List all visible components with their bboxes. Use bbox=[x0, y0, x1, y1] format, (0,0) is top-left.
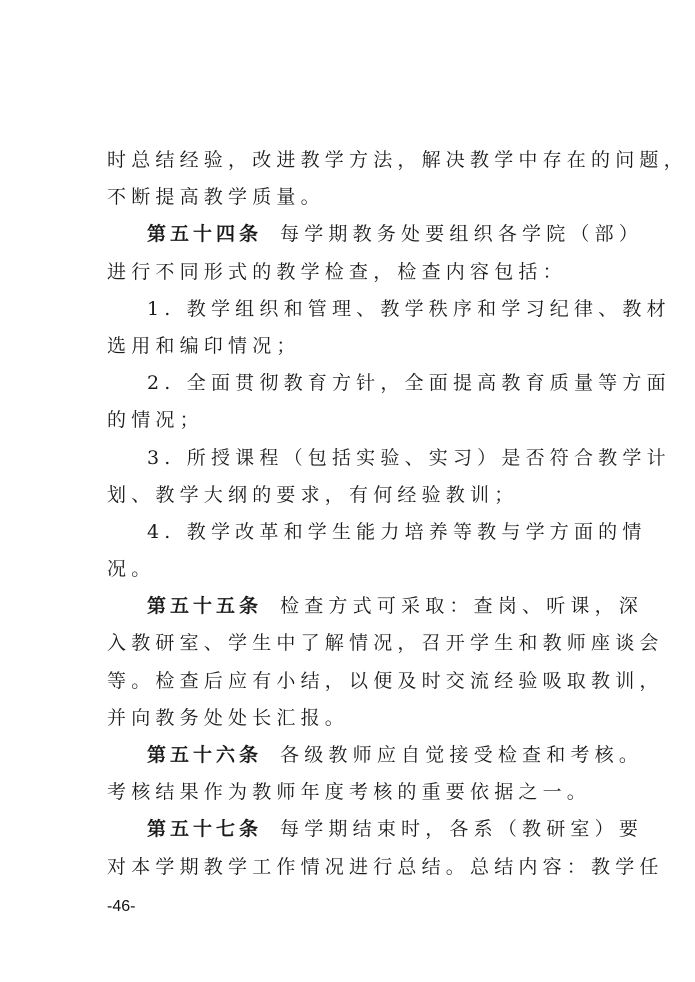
article-heading: 第五十六条 bbox=[147, 744, 262, 766]
list-item-3: 3. 所授课程（包括实验、实习）是否符合教学计 bbox=[107, 440, 595, 477]
article-54: 第五十四条每学期教务处要组织各学院（部） bbox=[107, 216, 595, 253]
article-heading: 第五十七条 bbox=[147, 818, 262, 840]
text-line: 的情况； bbox=[107, 402, 595, 439]
document-page: 时总结经验，改进教学方法，解决教学中存在的问题， 不断提高教学质量。 第五十四条… bbox=[107, 142, 595, 886]
article-57: 第五十七条每学期结束时，各系（教研室）要 bbox=[107, 811, 595, 848]
text-line: 时总结经验，改进教学方法，解决教学中存在的问题， bbox=[107, 142, 595, 179]
article-text: 每学期教务处要组织各学院（部） bbox=[280, 223, 643, 245]
text-line: 划、教学大纲的要求，有何经验教训； bbox=[107, 477, 595, 514]
article-text: 每学期结束时，各系（教研室）要 bbox=[280, 818, 643, 840]
article-55: 第五十五条检查方式可采取：查岗、听课，深 bbox=[107, 588, 595, 625]
list-item-1: 1. 教学组织和管理、教学秩序和学习纪律、教材 bbox=[107, 291, 595, 328]
text-line: 并向教务处处长汇报。 bbox=[107, 700, 595, 737]
text-line: 不断提高教学质量。 bbox=[107, 179, 595, 216]
article-heading: 第五十五条 bbox=[147, 595, 262, 617]
article-text: 检查方式可采取：查岗、听课，深 bbox=[280, 595, 643, 617]
text-line: 入教研室、学生中了解情况，召开学生和教师座谈会 bbox=[107, 625, 595, 662]
page-number: -46- bbox=[107, 898, 135, 916]
text-line: 况。 bbox=[107, 551, 595, 588]
article-56: 第五十六条各级教师应自觉接受检查和考核。 bbox=[107, 737, 595, 774]
list-item-2: 2. 全面贯彻教育方针，全面提高教育质量等方面 bbox=[107, 365, 595, 402]
text-line: 考核结果作为教师年度考核的重要依据之一。 bbox=[107, 774, 595, 811]
article-text: 各级教师应自觉接受检查和考核。 bbox=[280, 744, 643, 766]
list-item-4: 4. 教学改革和学生能力培养等教与学方面的情 bbox=[107, 514, 595, 551]
text-line: 进行不同形式的教学检查，检查内容包括： bbox=[107, 254, 595, 291]
text-line: 选用和编印情况； bbox=[107, 328, 595, 365]
text-line: 等。检查后应有小结，以便及时交流经验吸取教训， bbox=[107, 663, 595, 700]
text-line: 对本学期教学工作情况进行总结。总结内容：教学任 bbox=[107, 849, 595, 886]
article-heading: 第五十四条 bbox=[147, 223, 262, 245]
